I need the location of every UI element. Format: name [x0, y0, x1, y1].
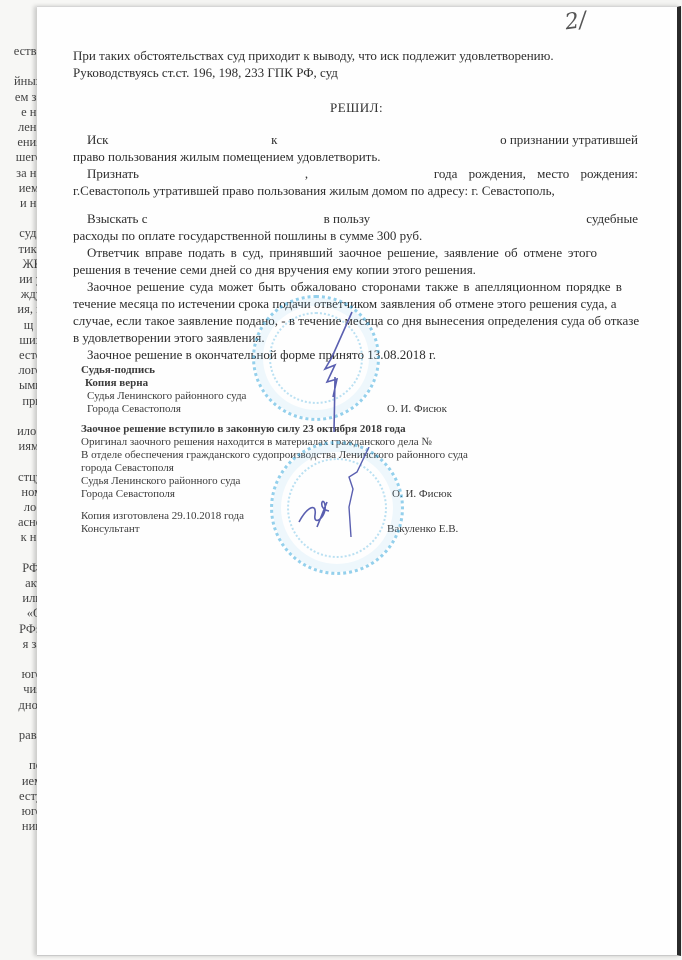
- decision-p5-line1: Заочное решение суда может быть обжалова…: [87, 279, 622, 294]
- copy-true-label: Копия верна: [85, 377, 148, 390]
- court-costs: судебные: [586, 211, 638, 226]
- decision-heading: РЕШИЛ:: [330, 100, 383, 115]
- judge-signature-label: Судья-подпись: [81, 364, 155, 377]
- decision-p4-line2: решения в течение семи дней со дня вруче…: [73, 262, 476, 277]
- decision-p1-line2: право пользования жилым помещением удовл…: [73, 149, 381, 164]
- decision-p3-line2: расходы по оплате государственной пошлин…: [73, 228, 422, 243]
- collect-from: Взыскать с: [87, 211, 148, 226]
- intro-line-1: При таких обстоятельствах суд приходит к…: [73, 48, 554, 63]
- department: В отделе обеспечения гражданского судопр…: [81, 449, 468, 462]
- city-1: Города Севастополя: [87, 403, 181, 416]
- decision-p4-line1: Ответчик вправе подать в суд, принявший …: [87, 245, 597, 260]
- against-word: к: [271, 132, 277, 147]
- claim-subject: о признании утратившей: [500, 132, 638, 147]
- in-favor-of: в пользу: [324, 211, 370, 226]
- claim-word: Иск: [87, 132, 108, 147]
- decision-p3-line1: Взыскать с в пользу судебные: [73, 211, 638, 226]
- judge-name-1: О. И. Фисюк: [387, 403, 447, 416]
- consultant-signature-icon: [287, 447, 387, 547]
- recognize-word: Признать: [87, 166, 139, 181]
- document-page: 2/ При таких обстоятельствах суд приходи…: [37, 6, 681, 956]
- judge-signature-icon: [307, 307, 367, 437]
- judge-title-2: Судья Ленинского районного суда: [81, 475, 240, 488]
- copy-made-date: Копия изготовлена 29.10.2018 года: [81, 510, 244, 523]
- intro-line-2: Руководствуясь ст.ст. 196, 198, 233 ГПК …: [73, 65, 338, 80]
- decision-p5-line4: в удовлетворении этого заявления.: [73, 330, 265, 345]
- judge-title-1: Судья Ленинского районного суда: [87, 390, 246, 403]
- city-2: города Севастополя: [81, 462, 174, 475]
- comma: ,: [305, 166, 308, 181]
- decision-p2-line1: Признать , года рождения, место рождения…: [73, 166, 638, 181]
- decision-p2-line2: г.Севастополь утратившей право пользован…: [73, 183, 555, 198]
- birth-info: года рождения, место рождения:: [434, 166, 638, 181]
- decision-p1-line1: Иск к о признании утратившей: [73, 132, 638, 147]
- city-3: Города Севастополя: [81, 488, 175, 501]
- consultant-label: Консультант: [81, 523, 140, 536]
- page-number-mark: 2/: [563, 8, 588, 36]
